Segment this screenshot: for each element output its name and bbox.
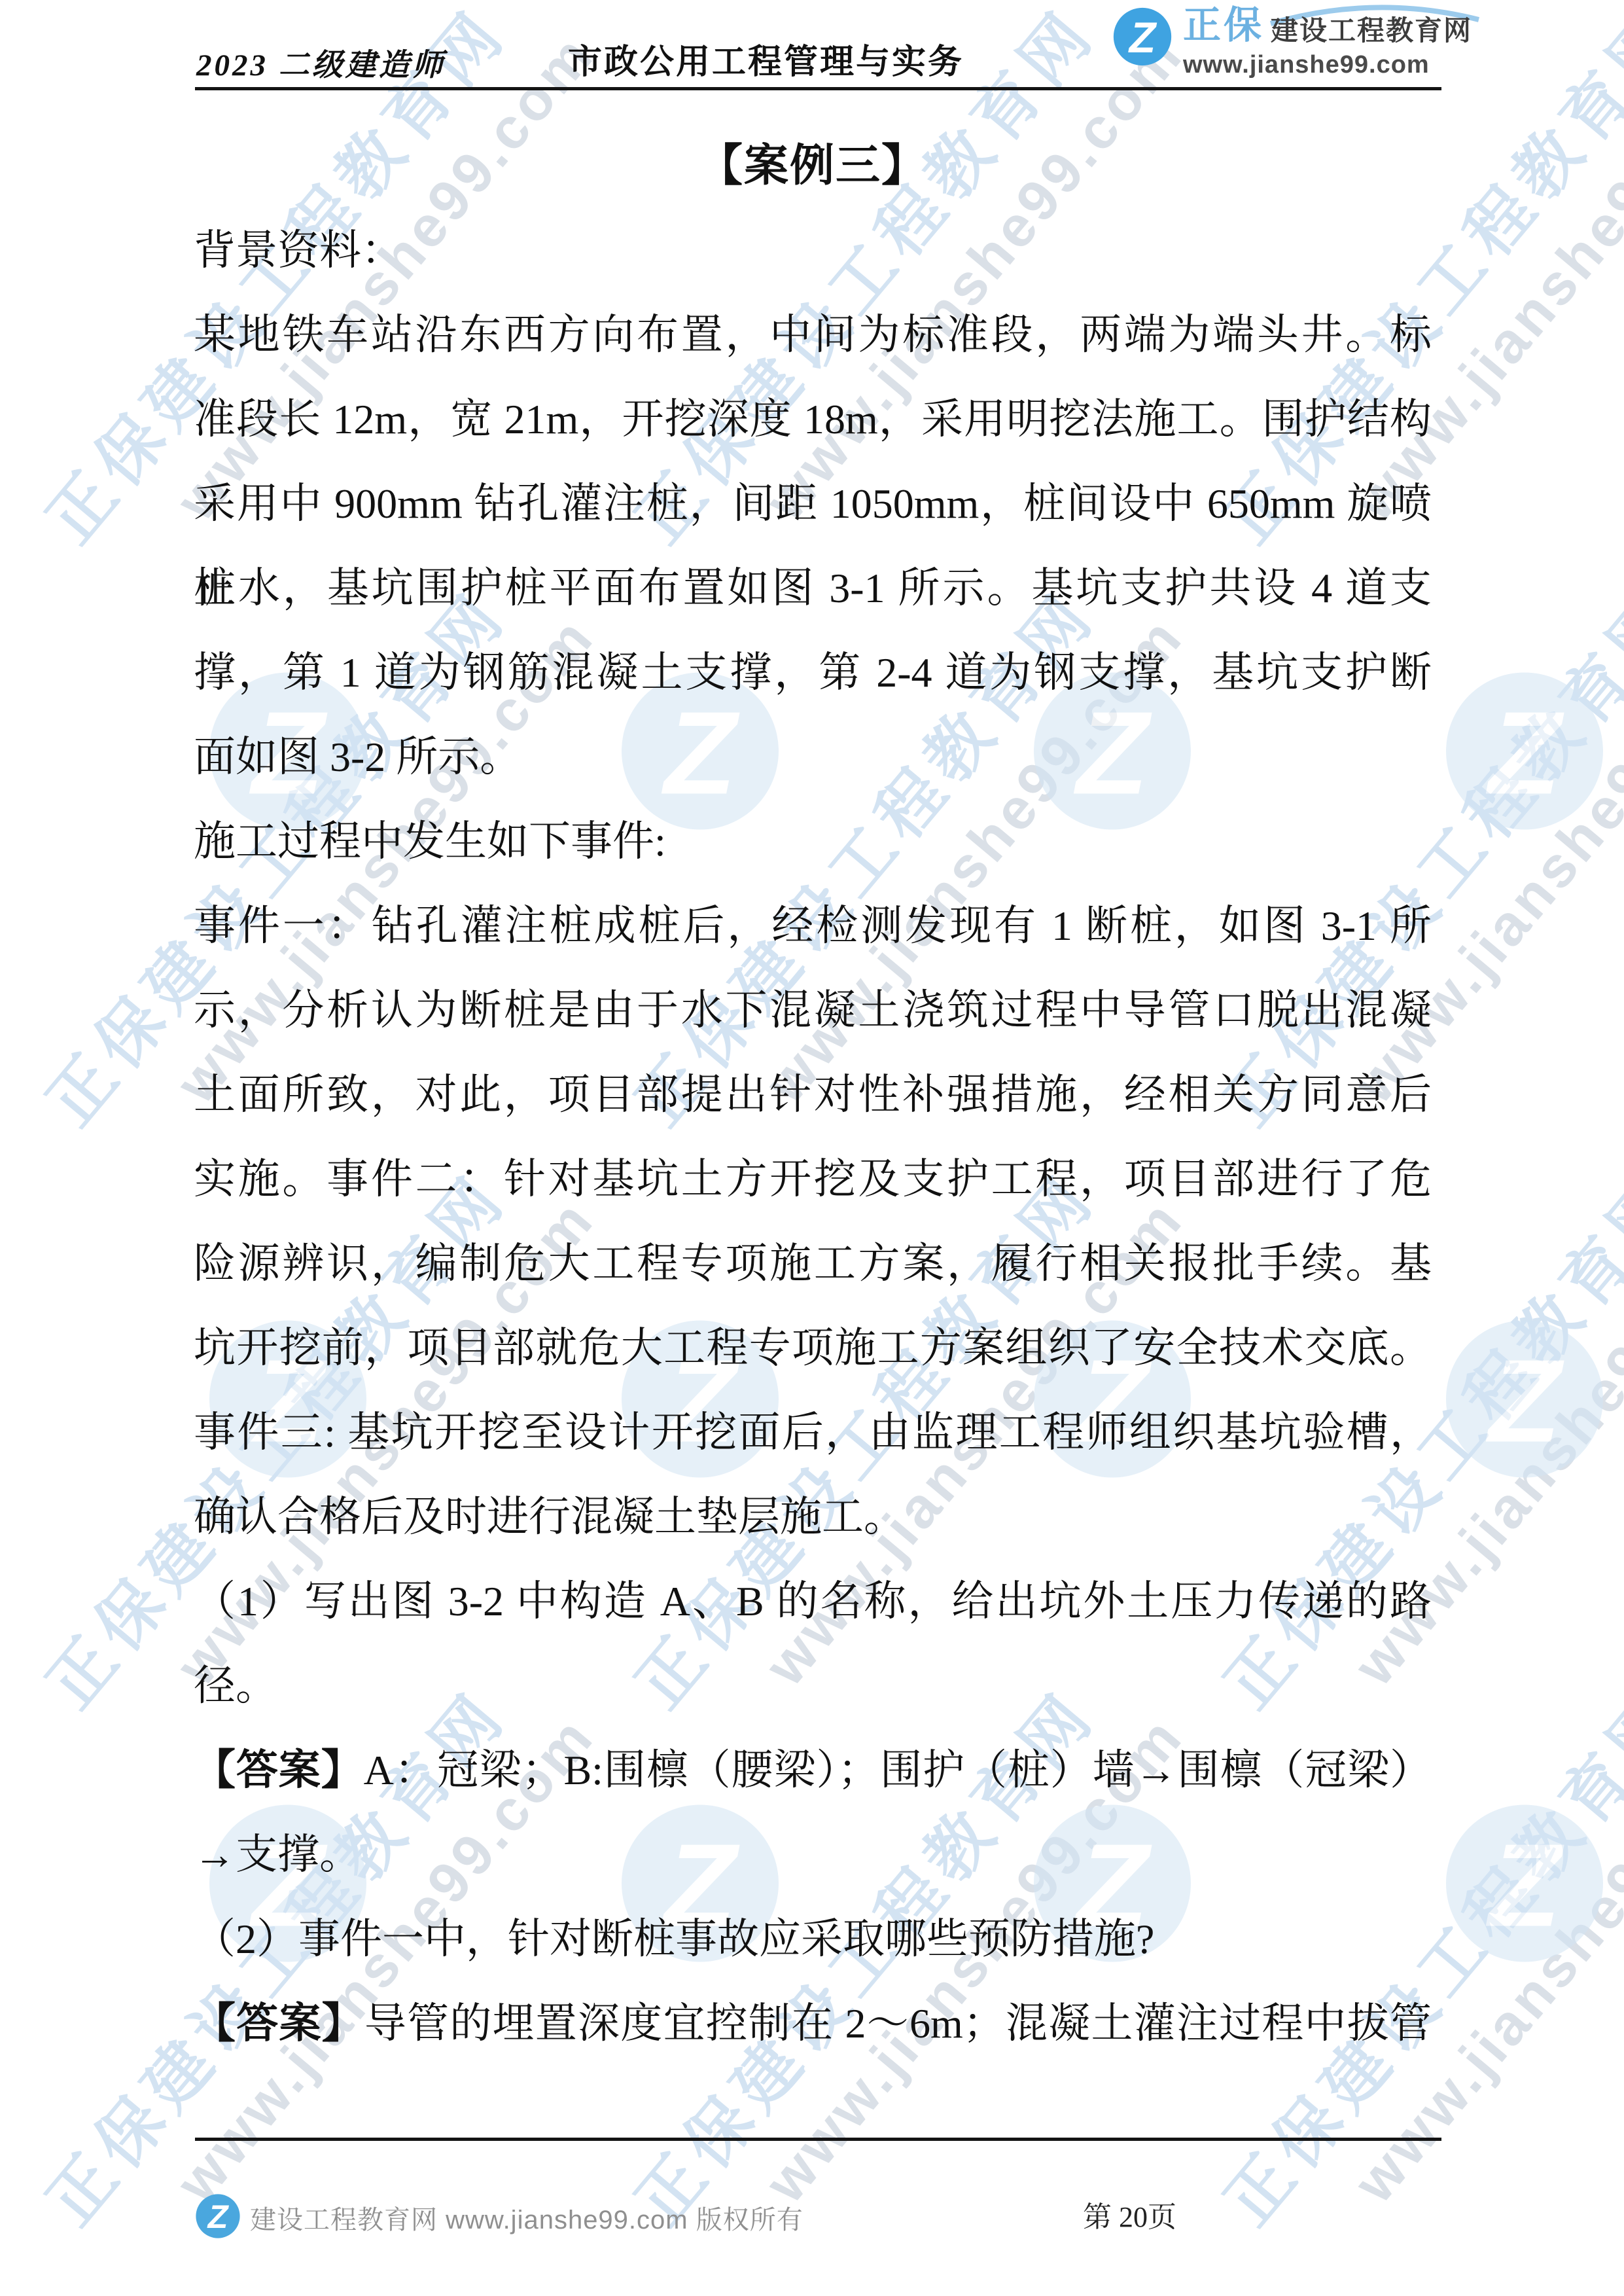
text-line: 确认合格后及时进行混凝土垫层施工。	[194, 1475, 1432, 1559]
header-course-year: 2023 二级建造师	[196, 41, 446, 84]
text-line: 某地铁车站沿东西方向布置，中间为标准段，两端为端头井。标	[194, 293, 1432, 377]
page-number: 第 20页	[1083, 2194, 1176, 2241]
logo-brand-text: 正保	[1183, 7, 1264, 45]
text-line: 实施。事件二：针对基坑土方开挖及支护工程，项目部进行了危	[194, 1137, 1432, 1221]
case-title: 【案例三】	[194, 124, 1432, 208]
document-page: 正保建设工程教育网www.jianshe99.com正保建设工程教育网www.j…	[0, 0, 1624, 2296]
text-line: 背景资料：	[194, 208, 1432, 293]
svg-text:Z: Z	[1485, 1336, 1564, 1467]
zhengbao-logo: Z 正保 建设工程教育网 www.jianshe99.com	[1112, 7, 1472, 79]
text-line: 【答案】A：冠梁；B:围檩（腰梁）；围护（桩）墙→围檩（冠梁）	[194, 1728, 1432, 1812]
text-line: 施工过程中发生如下事件:	[194, 799, 1432, 884]
text-line: 【答案】导管的埋置深度宜控制在 2～6m；混凝土灌注过程中拔管	[194, 1981, 1432, 2066]
text-line: 止水，基坑围护桩平面布置如图 3-1 所示。基坑支护共设 4 道支	[194, 546, 1432, 630]
document-lines: 背景资料：某地铁车站沿东西方向布置，中间为标准段，两端为端头井。标准段长 12m…	[194, 208, 1432, 2066]
zhengbao-logo-watermark-icon: Z	[1443, 1318, 1606, 1484]
text-line: →支撑。	[194, 1812, 1432, 1897]
text-line: （2）事件一中，针对断桩事故应采取哪些预防措施?	[194, 1897, 1432, 1981]
footer-divider	[195, 2138, 1441, 2141]
text-line: 坑开挖前，项目部就危大工程专项施工方案组织了安全技术交底。	[194, 1306, 1432, 1390]
text-line: 面如图 3-2 所示。	[194, 715, 1432, 799]
logo-site-url: www.jianshe99.com	[1183, 51, 1472, 79]
svg-text:Z: Z	[1485, 1820, 1564, 1952]
text-line: 撑，第 1 道为钢筋混凝土支撑，第 2-4 道为钢支撑，基坑支护断	[194, 630, 1432, 715]
text-line: 准段长 12m，宽 21m，开挖深度 18m，采用明挖法施工。围护结构	[194, 377, 1432, 461]
text-line: 事件一：钻孔灌注桩成桩后，经检测发现有 1 断桩，如图 3-1 所	[194, 884, 1432, 968]
header-divider	[195, 87, 1441, 90]
text-line: 示，分析认为断桩是由于水下混凝土浇筑过程中导管口脱出混凝	[194, 968, 1432, 1052]
svg-text:Z: Z	[207, 2198, 230, 2235]
footer-copyright: 建设工程教育网 www.jianshe99.com 版权所有	[250, 2199, 803, 2236]
footer-logo-icon: Z	[195, 2193, 241, 2242]
footer: Z 建设工程教育网 www.jianshe99.com 版权所有	[195, 2189, 803, 2246]
text-line: 土面所致，对此，项目部提出针对性补强措施，经相关方同意后	[194, 1052, 1432, 1137]
document-body: 【案例三】 背景资料：某地铁车站沿东西方向布置，中间为标准段，两端为端头井。标准…	[194, 124, 1432, 2066]
zhengbao-logo-watermark-icon: Z	[1443, 670, 1606, 836]
zhengbao-logo-watermark-icon: Z	[1443, 1802, 1606, 1969]
text-line: 采用中 900mm 钻孔灌注桩，间距 1050mm，桩间设中 650mm 旋喷桩	[194, 461, 1432, 546]
answer-label: 【答案】	[194, 1747, 364, 1793]
logo-brand-name: 建设工程教育网	[1271, 17, 1472, 45]
text-line: 径。	[194, 1643, 1432, 1728]
text-line: 事件三: 基坑开挖至设计开挖面后，由监理工程师组织基坑验槽，	[194, 1390, 1432, 1475]
text-line: （1）写出图 3-2 中构造 A、B 的名称，给出坑外土压力传递的路	[194, 1559, 1432, 1643]
header-subject-title: 市政公用工程管理与实务	[568, 34, 964, 83]
svg-text:Z: Z	[1485, 688, 1564, 819]
answer-label: 【答案】	[194, 2000, 364, 2047]
svg-text:Z: Z	[1128, 14, 1157, 62]
text-line: 险源辨识，编制危大工程专项施工方案，履行相关报批手续。基	[194, 1221, 1432, 1306]
zhengbao-logo-icon: Z	[1112, 7, 1173, 70]
